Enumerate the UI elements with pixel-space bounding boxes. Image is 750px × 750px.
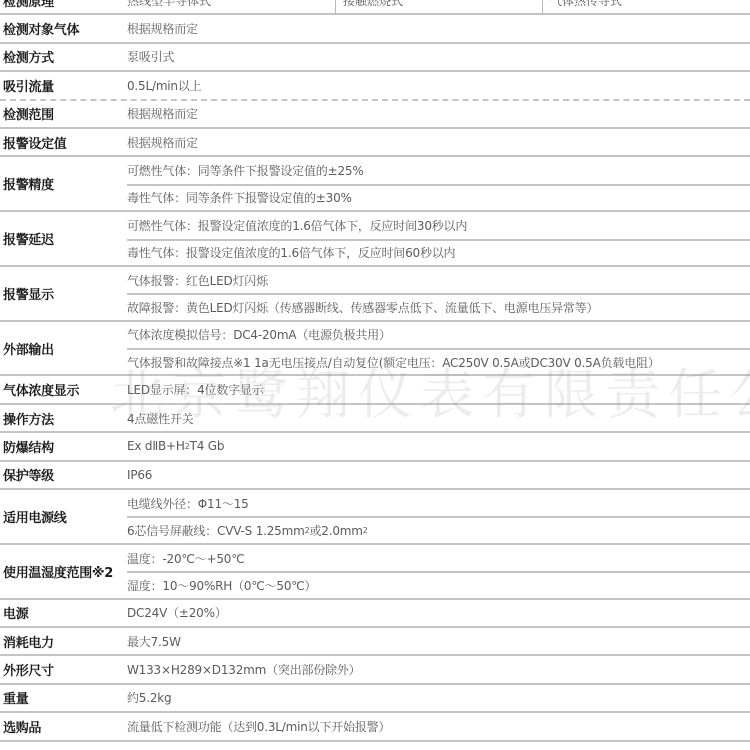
- row-value: 故障报警：黄色LED灯闪烁（传感器断线、传感器零点低下、流量低下、电源电压异常等…: [127, 293, 750, 319]
- row-label: 检测方式: [0, 44, 127, 70]
- row-label: 适用电源线: [0, 490, 127, 543]
- row-value: 根据规格而定: [127, 129, 750, 155]
- row-detection-principle: 检测原理 热线型半导体式 接触燃烧式 气体热传导式: [0, 0, 750, 15]
- row-power-cable: 适用电源线 电缆线外径：Φ11～15 6芯信号屏蔽线：CVV-S 1.25mm2…: [0, 490, 750, 545]
- row-value: 4点磁性开关: [127, 405, 750, 431]
- row-label: 吸引流量: [0, 72, 127, 98]
- row-alarm-accuracy: 报警精度 可燃性气体：同等条件下报警设定值的±25% 毒性气体：同等条件下报警设…: [0, 157, 750, 212]
- row-temp-humidity: 使用温湿度范围※2 温度：-20℃～+50℃ 湿度：10～90%RH（0℃～50…: [0, 545, 750, 600]
- row-value: 气体报警：红色LED灯闪烁: [127, 267, 750, 293]
- row-value: W133×H289×D132mm（突出部份除外）: [127, 656, 750, 682]
- row-value: 毒性气体：同等条件下报警设定值的±30%: [127, 184, 750, 210]
- row-value: 气体浓度模拟信号：DC4-20mA（电源负极共用）: [127, 322, 750, 348]
- row-value: Ex dⅡB+H2T4 Gb: [127, 433, 750, 459]
- row-label: 检测对象气体: [0, 15, 127, 41]
- row-value: 根据规格而定: [127, 101, 750, 127]
- row-value: 电缆线外径：Φ11～15: [127, 490, 750, 516]
- row-power-supply: 电源 DC24V（±20%）: [0, 600, 750, 628]
- row-label: 选购品: [0, 713, 127, 739]
- row-value: LED显示屏：4位数字显示: [127, 376, 750, 402]
- cable-sup2: 2: [363, 526, 368, 535]
- row-label: 防爆结构: [0, 433, 127, 459]
- row-value: 湿度：10～90%RH（0℃～50℃）: [127, 571, 750, 597]
- row-value: 温度：-20℃～+50℃: [127, 545, 750, 571]
- row-detection-method: 检测方式 泵吸引式: [0, 44, 750, 72]
- row-label: 重量: [0, 685, 127, 711]
- row-value: 可燃性气体：报警设定值浓度的1.6倍气体下，反应时间30秒以内: [127, 212, 750, 238]
- row-label: 外形尺寸: [0, 656, 127, 682]
- exproof-suffix: T4 Gb: [190, 439, 225, 453]
- row-label: 报警延迟: [0, 212, 127, 265]
- row-value: 可燃性气体：同等条件下报警设定值的±25%: [127, 157, 750, 183]
- row-label: 报警精度: [0, 157, 127, 210]
- row-value: 6芯信号屏蔽线：CVV-S 1.25mm2或2.0mm2: [127, 516, 750, 542]
- row-value: 最大7.5W: [127, 628, 750, 654]
- principle-columns: 热线型半导体式 接触燃烧式 气体热传导式: [127, 0, 750, 13]
- principle-thermal: 气体热传导式: [542, 0, 750, 13]
- row-label: 报警设定值: [0, 129, 127, 155]
- row-alarm-delay: 报警延迟 可燃性气体：报警设定值浓度的1.6倍气体下，反应时间30秒以内 毒性气…: [0, 212, 750, 267]
- row-label: 操作方法: [0, 405, 127, 431]
- row-value: 根据规格而定: [127, 15, 750, 41]
- row-value: DC24V（±20%）: [127, 600, 750, 626]
- row-weight: 重量 约5.2kg: [0, 685, 750, 713]
- row-label: 使用温湿度范围※2: [0, 545, 127, 598]
- principle-catalytic: 接触燃烧式: [335, 0, 542, 13]
- row-label: 保护等级: [0, 462, 127, 488]
- cable-prefix: 6芯信号屏蔽线：CVV-S 1.25mm: [127, 522, 305, 539]
- row-alarm-setpoint: 报警设定值 根据规格而定: [0, 129, 750, 157]
- row-label: 外部输出: [0, 322, 127, 375]
- row-label: 检测原理: [0, 0, 127, 13]
- row-target-gas: 检测对象气体 根据规格而定: [0, 15, 750, 43]
- row-options: 选购品 流量低下检测功能（达到0.3L/min以下开始报警）: [0, 713, 750, 741]
- row-detection-range: 检测范围 根据规格而定: [0, 101, 750, 129]
- row-label: 电源: [0, 600, 127, 626]
- row-value: 约5.2kg: [127, 685, 750, 711]
- row-power-consumption: 消耗电力 最大7.5W: [0, 628, 750, 656]
- row-external-output: 外部输出 气体浓度模拟信号：DC4-20mA（电源负极共用） 气体报警和故障接点…: [0, 322, 750, 377]
- principle-semiconductor: 热线型半导体式: [127, 0, 335, 13]
- row-label: 报警显示: [0, 267, 127, 320]
- row-label: 气体浓度显示: [0, 376, 127, 402]
- row-value: 气体报警和故障接点※1 1a无电压接点/自动复位(额定电压：AC250V 0.5…: [127, 348, 750, 374]
- row-operation-method: 操作方法 4点磁性开关: [0, 405, 750, 433]
- row-value: 流量低下检测功能（达到0.3L/min以下开始报警）: [127, 713, 750, 739]
- spec-table: 检测原理 热线型半导体式 接触燃烧式 气体热传导式 检测对象气体 根据规格而定 …: [0, 0, 750, 742]
- row-value: 毒性气体：报警设定值浓度的1.6倍气体下，反应时间60秒以内: [127, 239, 750, 265]
- exproof-prefix: Ex dⅡB+H: [127, 439, 185, 453]
- row-label: 消耗电力: [0, 628, 127, 654]
- row-value: IP66: [127, 462, 750, 488]
- row-concentration-display: 气体浓度显示 LED显示屏：4位数字显示: [0, 376, 750, 404]
- cable-mid: 或2.0mm: [309, 522, 362, 539]
- row-label: 检测范围: [0, 101, 127, 127]
- row-value: 泵吸引式: [127, 44, 750, 70]
- row-explosion-proof: 防爆结构 Ex dⅡB+H2T4 Gb: [0, 433, 750, 461]
- row-protection-grade: 保护等级 IP66: [0, 462, 750, 490]
- row-dimensions: 外形尺寸 W133×H289×D132mm（突出部份除外）: [0, 656, 750, 684]
- row-value: 0.5L/min以上: [127, 72, 750, 98]
- row-alarm-display: 报警显示 气体报警：红色LED灯闪烁 故障报警：黄色LED灯闪烁（传感器断线、传…: [0, 267, 750, 322]
- row-suction-flow: 吸引流量 0.5L/min以上: [0, 72, 750, 100]
